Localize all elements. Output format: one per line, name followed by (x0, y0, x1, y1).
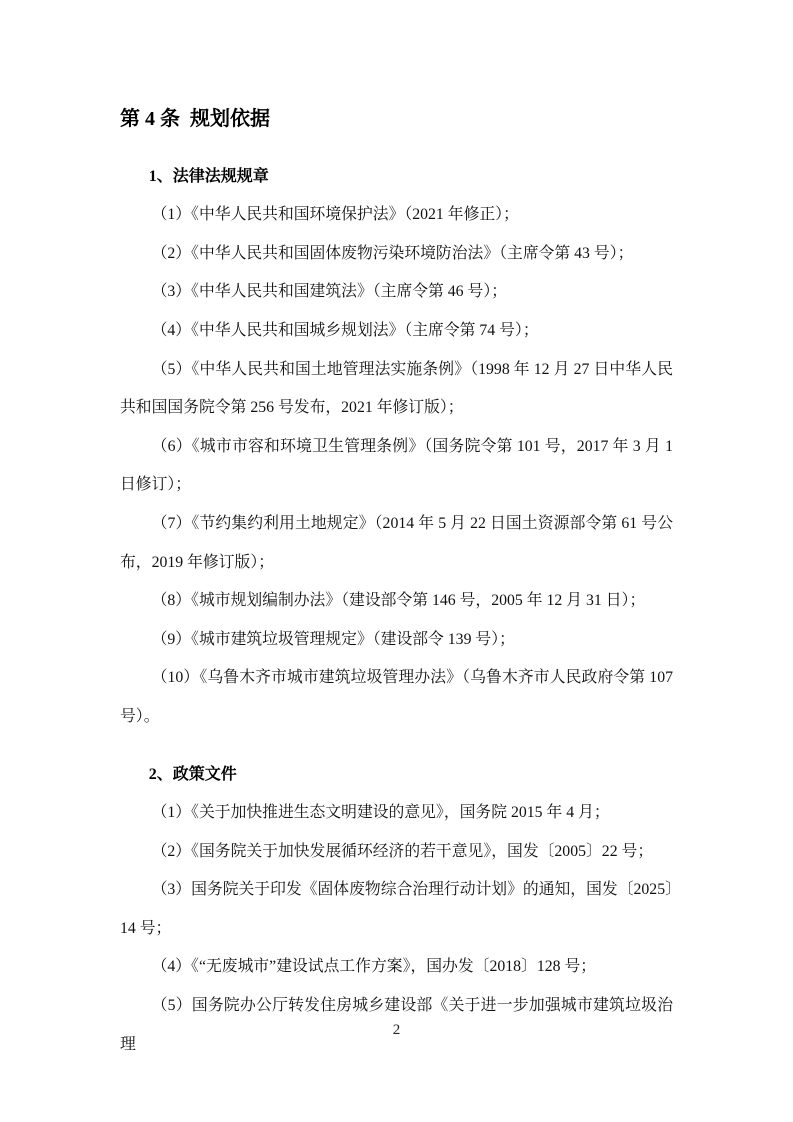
law-item: （7）《节约集约利用土地规定》（2014 年 5 月 22 日国土资源部令第 6… (120, 505, 673, 582)
policy-item: （2）《国务院关于加快发展循环经济的若干意见》，国发〔2005〕22 号； (120, 833, 673, 872)
article-title: 第 4 条 规划依据 (120, 100, 673, 139)
law-item: （5）《中华人民共和国土地管理法实施条例》（1998 年 12 月 27 日中华… (120, 351, 673, 428)
law-item: （8）《城市规划编制办法》（建设部令第 146 号，2005 年 12 月 31… (120, 582, 673, 621)
policy-item: （4）《“无废城市”建设试点工作方案》，国办发〔2018〕128 号； (120, 948, 673, 987)
page-number: 2 (120, 1018, 673, 1042)
law-item: （6）《城市市容和环境卫生管理条例》（国务院令第 101 号，2017 年 3 … (120, 428, 673, 505)
section-heading-policies: 2、政策文件 (120, 756, 673, 795)
policy-item: （3）国务院关于印发《固体废物综合治理行动计划》的通知，国发〔2025〕14 号… (120, 871, 673, 948)
law-item: （3）《中华人民共和国建筑法》（主席令第 46 号）； (120, 273, 673, 312)
policy-item: （1）《关于加快推进生态文明建设的意见》，国务院 2015 年 4 月； (120, 794, 673, 833)
law-item: （10）《乌鲁木齐市城市建筑垃圾管理办法》（乌鲁木齐市人民政府令第 107 号）… (120, 659, 673, 736)
law-item: （2）《中华人民共和国固体废物污染环境防治法》（主席令第 43 号）； (120, 235, 673, 274)
law-item: （4）《中华人民共和国城乡规划法》（主席令第 74 号）； (120, 312, 673, 351)
law-item: （1）《中华人民共和国环境保护法》（2021 年修正）； (120, 196, 673, 235)
law-item: （9）《城市建筑垃圾管理规定》（建设部令 139 号）； (120, 621, 673, 660)
document-page: 第 4 条 规划依据 1、法律法规规章 （1）《中华人民共和国环境保护法》（20… (0, 0, 793, 1122)
section-heading-laws: 1、法律法规规章 (120, 158, 673, 197)
document-content: 第 4 条 规划依据 1、法律法规规章 （1）《中华人民共和国环境保护法》（20… (120, 100, 673, 1064)
